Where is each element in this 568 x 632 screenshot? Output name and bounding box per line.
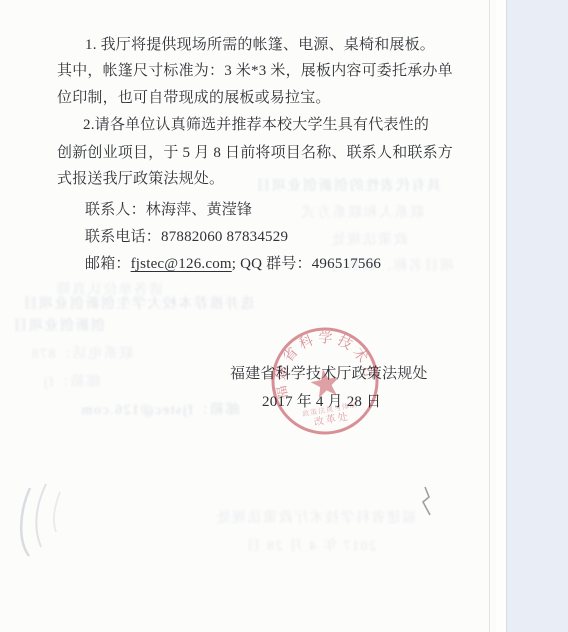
bleedthrough-line: 福建省科学技术厅政策法规处: [215, 512, 417, 526]
bleedthrough-line: 选并推荐本校大学生创新创业项目: [22, 298, 255, 312]
bleedthrough-line: 联系电话：878: [30, 348, 133, 362]
paragraph-2-line-3: 式报送我厅政策法规处。: [57, 172, 224, 187]
bleedthrough-line: 邮箱：fj: [42, 376, 100, 390]
bleedthrough-line: 2017 年 4 月 28 日: [245, 540, 376, 554]
bleedthrough-line: 具有代表性的创新创业项目: [255, 180, 441, 194]
official-seal: 福建省科学技术厅 政策法规与体制 改革处: [266, 322, 384, 440]
paragraph-2-line-1: 2.请各单位认真筛选并推荐本校大学生具有代表性的: [83, 118, 429, 133]
paragraph-1-line-1: 1. 我厅将提供现场所需的帐篷、电源、桌椅和展板。: [85, 38, 435, 53]
qq-group-text: ; QQ 群号：496517566: [232, 256, 381, 272]
email-address: fjstec@126.com: [131, 256, 232, 272]
paper-edge-highlight: [496, 0, 506, 632]
bleedthrough-line: 邮箱：fjstec@126.com: [80, 404, 239, 418]
contact-person-line: 联系人：林海萍、黄滢锋: [85, 203, 252, 218]
email-label: 邮箱：: [85, 256, 131, 272]
seal-star-icon: [309, 367, 343, 399]
paragraph-1-line-2: 其中，帐篷尺寸标准为：3 米*3 米，展板内容可委托承办单: [57, 64, 453, 79]
bleedthrough-line: 请各单位认真筛: [55, 284, 164, 298]
scan-artifact-line: [489, 0, 490, 632]
bleedthrough-line: 联系人和联系方式: [300, 207, 424, 221]
contact-email-line: 邮箱：fjstec@126.com; QQ 群号：496517566: [85, 257, 381, 272]
bleedthrough-line: 政策法规处: [330, 234, 408, 248]
paragraph-1-line-3: 位印制，也可自带现成的展板或易拉宝。: [57, 91, 331, 106]
paragraph-2-line-2: 创新创业项目，于 5 月 8 日前将项目名称、联系人和联系方: [57, 146, 453, 161]
bleedthrough-line: 创新创业项目: [12, 320, 105, 334]
contact-phone-line: 联系电话：87882060 87834529: [85, 230, 288, 245]
